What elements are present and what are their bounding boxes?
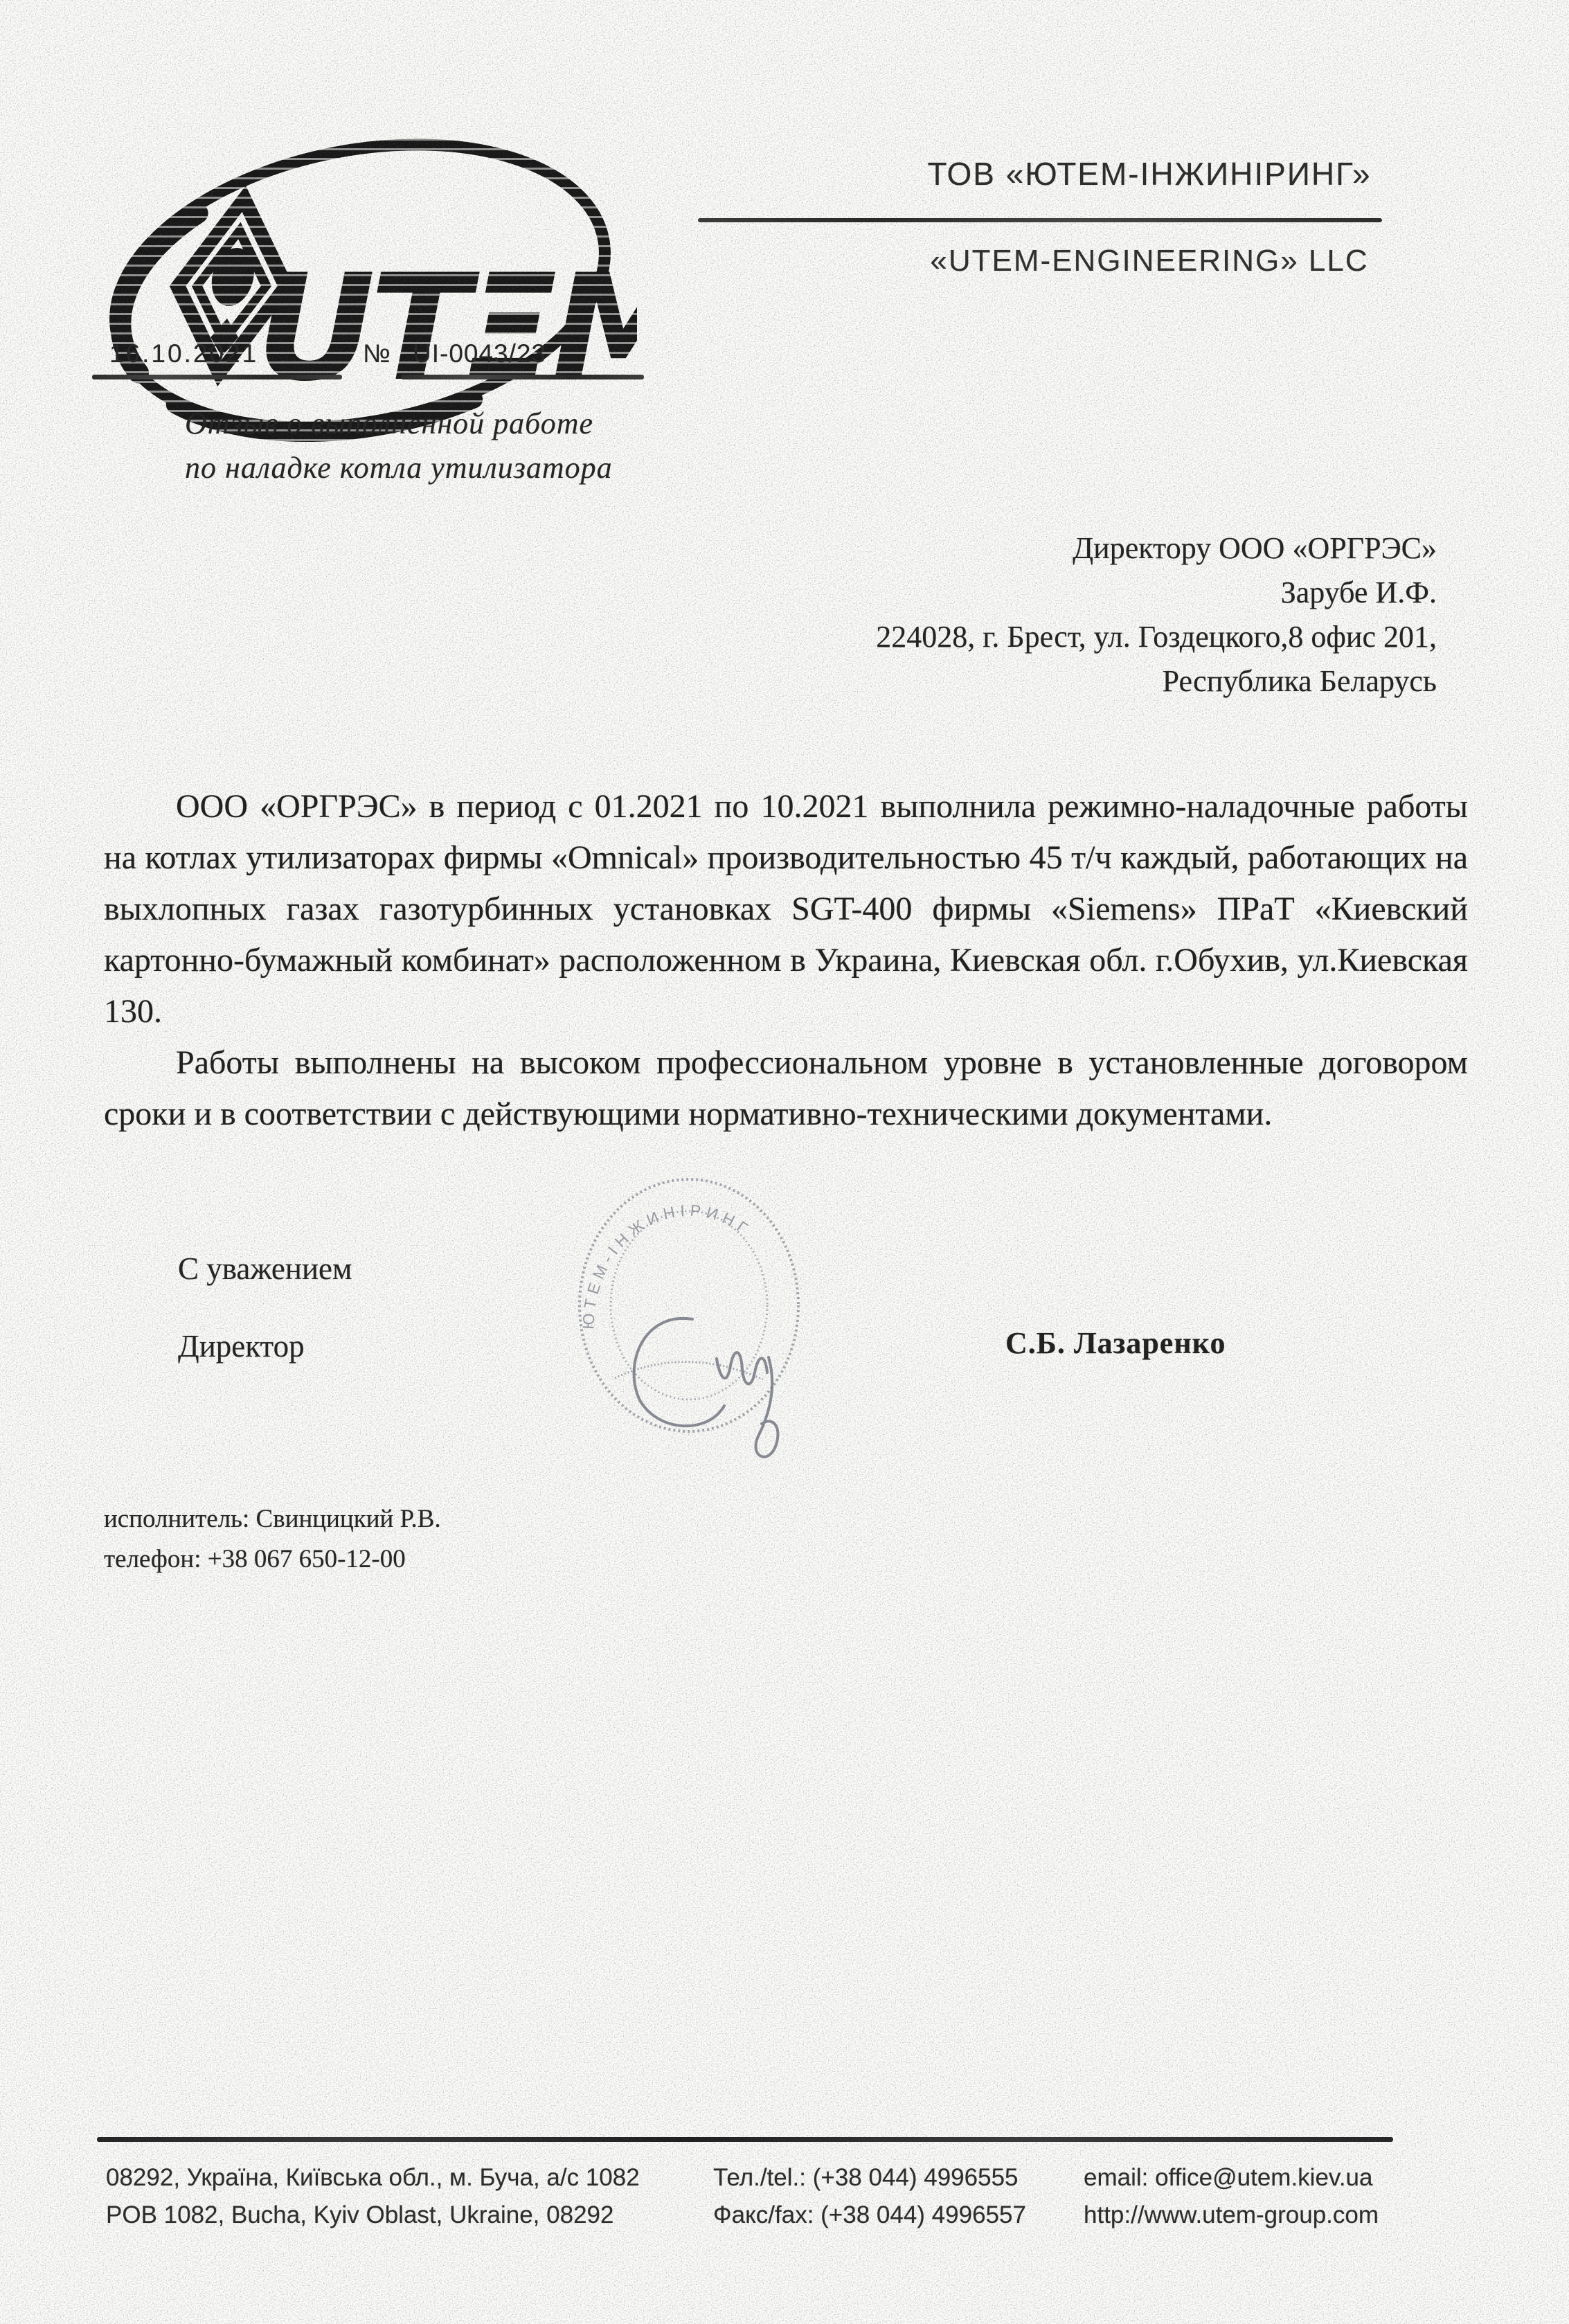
letter-date: 16.10.2021 — [109, 339, 258, 368]
executor-name-line: исполнитель: Свинцицкий Р.В. — [104, 1499, 441, 1539]
body-paragraph-1: ООО «ОРГРЭС» в период с 01.2021 по 10.20… — [104, 781, 1468, 1037]
recipient-line: Директору ООО «ОРГРЭС» — [748, 526, 1437, 571]
footer-divider — [97, 2137, 1393, 2142]
footer-web-column: email: office@utem.kiev.ua http://www.ut… — [1084, 2159, 1379, 2234]
scanned-letter-page: UTΞM ТОВ «ЮТЕМ-ІНЖИНІРИНГ» «UTEM-ENGINEE… — [0, 0, 1569, 2324]
recipient-line: 224028, г. Брест, ул. Гоздецкого,8 офис … — [748, 615, 1437, 659]
company-name-ukrainian: ТОВ «ЮТЕМ-ІНЖИНІРИНГ» — [893, 155, 1406, 193]
footer-phone: Тел./tel.: (+38 044) 4996555 — [713, 2159, 1026, 2197]
company-name-english: «UTEM-ENGINEERING» LLC — [893, 244, 1406, 278]
recipient-block: Директору ООО «ОРГРЭС» Зарубе И.Ф. 22402… — [748, 526, 1437, 704]
footer-email: email: office@utem.kiev.ua — [1084, 2159, 1379, 2197]
closing-salutation: С уважением — [178, 1251, 352, 1287]
signature-squiggle — [634, 1319, 778, 1457]
footer-fax: Факс/fax: (+38 044) 4996557 — [713, 2197, 1026, 2234]
footer-address-column: 08292, Україна, Київська обл., м. Буча, … — [106, 2159, 640, 2234]
executor-block: исполнитель: Свинцицкий Р.В. телефон: +3… — [104, 1499, 441, 1580]
svg-text:ЮТЕМ-ІНЖИНІРИНГ: ЮТЕМ-ІНЖИНІРИНГ — [579, 1201, 755, 1330]
footer-address-uk: 08292, Україна, Київська обл., м. Буча, … — [106, 2159, 640, 2197]
number-underline — [401, 375, 644, 379]
letterhead-company-block: ТОВ «ЮТЕМ-ІНЖИНІРИНГ» — [893, 155, 1406, 193]
recipient-line: Зарубе И.Ф. — [748, 571, 1437, 615]
logo-wordmark: UTΞM — [256, 242, 637, 413]
subject-line-1: Отзыв о выполненной работе — [185, 402, 613, 446]
recipient-line: Республика Беларусь — [748, 659, 1437, 704]
executor-phone-line: телефон: +38 067 650-12-00 — [104, 1539, 441, 1580]
letter-body: ООО «ОРГРЭС» в период с 01.2021 по 10.20… — [104, 781, 1468, 1140]
footer-phone-column: Тел./tel.: (+38 044) 4996555 Факс/fax: (… — [713, 2159, 1026, 2234]
company-round-stamp: ЮТЕМ-ІНЖИНІРИНГ — [561, 1170, 824, 1468]
body-paragraph-2: Работы выполнены на высоком профессионал… — [104, 1037, 1468, 1140]
footer-website: http://www.utem-group.com — [1084, 2197, 1379, 2234]
letter-number: UI-0043/23 — [413, 339, 546, 368]
subject-line-2: по наладке котла утилизатора — [185, 446, 613, 490]
letter-subject: Отзыв о выполненной работе по наладке ко… — [185, 402, 613, 490]
footer-address-en: POB 1082, Bucha, Kyiv Oblast, Ukraine, 0… — [106, 2197, 640, 2234]
letterhead-divider — [698, 218, 1382, 222]
signer-position: Директор — [178, 1328, 305, 1364]
stamp-arc-text: ЮТЕМ-ІНЖИНІРИНГ — [579, 1201, 755, 1330]
signer-name: С.Б. Лазаренко — [1005, 1325, 1226, 1361]
number-sign: № — [363, 339, 391, 368]
date-underline — [92, 375, 342, 379]
